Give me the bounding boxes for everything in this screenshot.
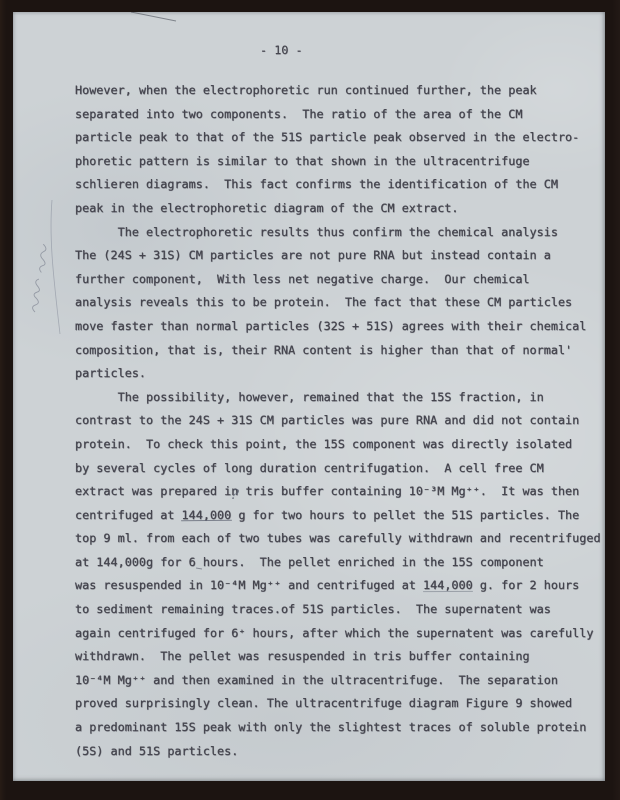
typewritten-line: composition, that is, their RNA content … — [75, 339, 605, 363]
crease-line — [51, 200, 60, 334]
typewritten-line: proved surprisingly clean. The ultracent… — [75, 692, 605, 716]
page-number: - 10 - — [260, 42, 303, 58]
typewritten-line: again centrifuged for 6⁺ hours, after wh… — [75, 622, 605, 646]
typewritten-line: move faster than normal particles (32S +… — [75, 315, 605, 339]
typewritten-line: at 144,000g for 6 hours. The pellet enri… — [75, 551, 605, 575]
typewritten-line: protein. To check this point, the 15S co… — [75, 433, 605, 457]
typewritten-line: (5S) and 51S particles. — [75, 740, 605, 764]
typewritten-body: However, when the electrophoretic run co… — [75, 79, 605, 763]
typewritten-line: extract was prepared in tris buffer cont… — [75, 480, 605, 504]
marginalia-handwriting-icon — [29, 244, 51, 312]
top-edge-scratch — [131, 12, 176, 21]
typewritten-line: by several cycles of long duration centr… — [75, 457, 605, 481]
typewritten-line: contrast to the 24S + 31S CM particles w… — [75, 409, 605, 433]
typewritten-line: analysis reveals this to be protein. The… — [75, 291, 605, 315]
scan-backdrop: - 10 - However, when the electrophoretic… — [0, 0, 620, 800]
typewritten-line: phoretic pattern is similar to that show… — [75, 150, 605, 174]
typewritten-line: was resuspended in 10⁻⁴M Mg⁺⁺ and centri… — [75, 574, 605, 598]
typewritten-line: particle peak to that of the 51S particl… — [75, 126, 605, 150]
typewritten-line: centrifuged at 144,000 g for two hours t… — [75, 504, 605, 528]
typewritten-line: top 9 ml. from each of two tubes was car… — [75, 527, 605, 551]
typewritten-line: schlieren diagrams. This fact confirms t… — [75, 173, 605, 197]
typewritten-line: a predominant 15S peak with only the sli… — [75, 716, 605, 740]
typewritten-line: 10⁻⁴M Mg⁺⁺ and then examined in the ultr… — [75, 669, 605, 693]
document-page: - 10 - However, when the electrophoretic… — [13, 12, 605, 781]
typewritten-line: withdrawn. The pellet was resuspended in… — [75, 645, 605, 669]
handwritten-question-mark: ? — [230, 487, 240, 504]
typewritten-line: The (24S + 31S) CM particles are not pur… — [75, 244, 605, 268]
typewritten-line: The possibility, however, remained that … — [75, 386, 605, 410]
typewritten-line: particles. — [75, 362, 605, 386]
typewritten-line: separated into two components. The ratio… — [75, 103, 605, 127]
typewritten-line: to sediment remaining traces.of 51S part… — [75, 598, 605, 622]
typewritten-line: further component, With less net negativ… — [75, 268, 605, 292]
typewritten-line: peak in the electrophoretic diagram of t… — [75, 197, 605, 221]
typewritten-line: The electrophoretic results thus confirm… — [75, 221, 605, 245]
typewritten-line: However, when the electrophoretic run co… — [75, 79, 605, 103]
